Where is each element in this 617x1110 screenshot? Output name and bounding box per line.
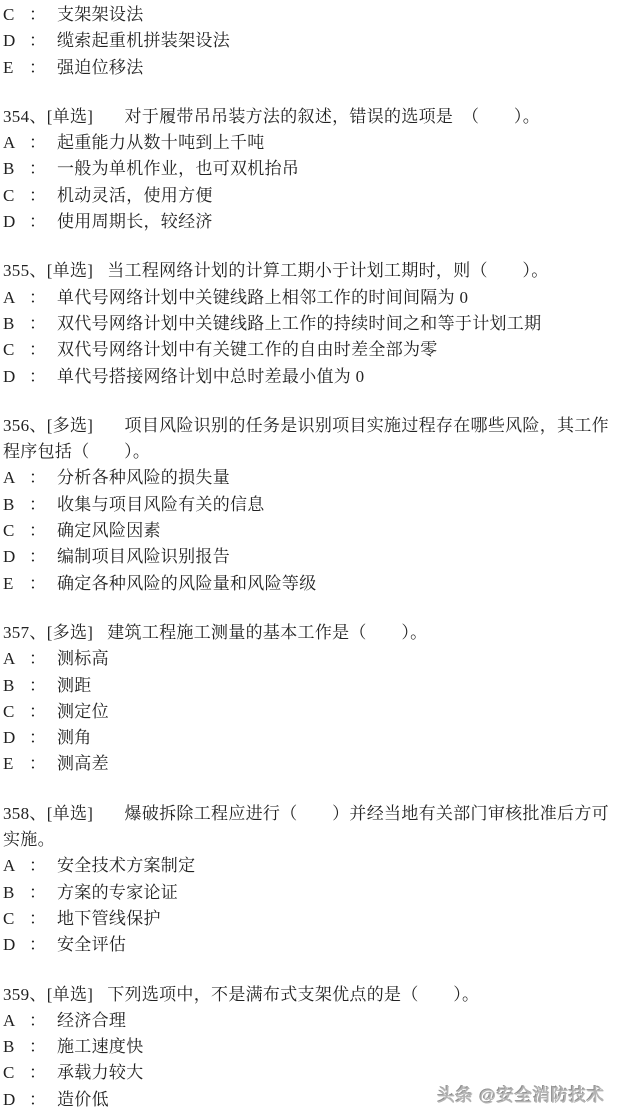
- option-row: A：安全技术方案制定: [3, 853, 615, 879]
- option-row: A：经济合理: [3, 1008, 615, 1034]
- option-row: B：测距: [3, 673, 615, 699]
- question-stem: 爆破拆除工程应进行（ ）并经当地有关部门审核批准后方可实施。: [3, 804, 609, 849]
- option-letter: A: [3, 130, 29, 156]
- option-text: 编制项目风险识别报告: [57, 547, 230, 566]
- option-row: A：单代号网络计划中关键线路上相邻工作的时间间隔为 0: [3, 285, 615, 311]
- option-letter: B: [3, 880, 29, 906]
- option-colon: ：: [29, 311, 57, 337]
- option-letter: D: [3, 544, 29, 570]
- question-header: 356、[多选] 项目风险识别的任务是识别项目实施过程存在哪些风险，其工作程序包…: [3, 413, 615, 466]
- option-letter: E: [3, 55, 29, 81]
- option-text: 安全评估: [57, 935, 126, 954]
- option-colon: ：: [29, 699, 57, 725]
- option-text: 单代号网络计划中关键线路上相邻工作的时间间隔为 0: [57, 288, 468, 307]
- option-letter: C: [3, 906, 29, 932]
- option-letter: C: [3, 2, 29, 28]
- option-colon: ：: [29, 673, 57, 699]
- option-row: B：施工速度快: [3, 1034, 615, 1060]
- option-colon: ：: [29, 1087, 57, 1110]
- option-colon: ：: [29, 880, 57, 906]
- option-letter: C: [3, 1060, 29, 1086]
- option-colon: ：: [29, 1060, 57, 1086]
- option-text: 双代号网络计划中有关键工作的自由时差全部为零: [57, 340, 438, 359]
- question-stem: 项目风险识别的任务是识别项目实施过程存在哪些风险，其工作程序包括（ ）。: [3, 416, 609, 461]
- option-row: D：编制项目风险识别报告: [3, 544, 615, 570]
- option-row: C：机动灵活，使用方便: [3, 183, 615, 209]
- option-colon: ：: [29, 751, 57, 777]
- question-header: 354、[单选] 对于履带吊吊装方法的叙述，错误的选项是 （ ）。: [3, 104, 615, 130]
- question-355: 355、[单选]当工程网络计划的计算工期小于计划工期时，则（ ）。 A：单代号网…: [3, 258, 615, 389]
- option-colon: ：: [29, 646, 57, 672]
- exam-question-page: C：支架架设法 D：缆索起重机拼装架设法 E：强迫位移法 354、[单选] 对于…: [0, 0, 617, 1110]
- option-colon: ：: [29, 55, 57, 81]
- option-letter: B: [3, 492, 29, 518]
- option-text: 方案的专家论证: [57, 883, 178, 902]
- option-colon: ：: [29, 853, 57, 879]
- question-354: 354、[单选] 对于履带吊吊装方法的叙述，错误的选项是 （ ）。 A：起重能力…: [3, 104, 615, 235]
- question-358: 358、[单选] 爆破拆除工程应进行（ ）并经当地有关部门审核批准后方可实施。 …: [3, 801, 615, 959]
- option-colon: ：: [29, 364, 57, 390]
- option-colon: ：: [29, 285, 57, 311]
- question-type-tag: [多选]: [47, 416, 94, 435]
- question-header: 359、[单选]下列选项中，不是满布式支架优点的是（ ）。: [3, 982, 615, 1008]
- option-colon: ：: [29, 130, 57, 156]
- option-text: 分析各种风险的损失量: [57, 468, 230, 487]
- option-row: A：起重能力从数十吨到上千吨: [3, 130, 615, 156]
- option-letter: C: [3, 699, 29, 725]
- option-text: 测定位: [57, 702, 109, 721]
- option-text: 起重能力从数十吨到上千吨: [57, 133, 265, 152]
- option-colon: ：: [29, 2, 57, 28]
- option-letter: A: [3, 646, 29, 672]
- option-colon: ：: [29, 1034, 57, 1060]
- option-text: 测角: [57, 728, 92, 747]
- option-letter: D: [3, 725, 29, 751]
- question-number: 354、: [3, 107, 47, 126]
- option-colon: ：: [29, 725, 57, 751]
- option-letter: C: [3, 183, 29, 209]
- option-row: B：方案的专家论证: [3, 880, 615, 906]
- option-colon: ：: [29, 156, 57, 182]
- option-text: 缆索起重机拼装架设法: [57, 31, 230, 50]
- question-number: 357、: [3, 623, 47, 642]
- option-colon: ：: [29, 906, 57, 932]
- option-text: 测距: [57, 676, 92, 695]
- option-row: C：测定位: [3, 699, 615, 725]
- option-text: 测标高: [57, 649, 109, 668]
- option-letter: D: [3, 1087, 29, 1110]
- option-text: 造价低: [57, 1090, 109, 1109]
- option-letter: B: [3, 673, 29, 699]
- option-row: D：缆索起重机拼装架设法: [3, 28, 615, 54]
- option-letter: B: [3, 1034, 29, 1060]
- option-row: C：地下管线保护: [3, 906, 615, 932]
- option-colon: ：: [29, 183, 57, 209]
- option-text: 确定各种风险的风险量和风险等级: [57, 574, 317, 593]
- option-letter: E: [3, 751, 29, 777]
- option-row: D：安全评估: [3, 932, 615, 958]
- option-colon: ：: [29, 544, 57, 570]
- option-text: 强迫位移法: [57, 58, 144, 77]
- option-letter: D: [3, 28, 29, 54]
- option-letter: A: [3, 1008, 29, 1034]
- question-header: 358、[单选] 爆破拆除工程应进行（ ）并经当地有关部门审核批准后方可实施。: [3, 801, 615, 854]
- option-letter: D: [3, 932, 29, 958]
- orphan-options-block: C：支架架设法 D：缆索起重机拼装架设法 E：强迫位移法: [3, 2, 615, 81]
- option-colon: ：: [29, 1008, 57, 1034]
- option-text: 单代号搭接网络计划中总时差最小值为 0: [57, 367, 364, 386]
- option-text: 一般为单机作业，也可双机抬吊: [57, 159, 299, 178]
- option-row: C：双代号网络计划中有关键工作的自由时差全部为零: [3, 337, 615, 363]
- option-letter: B: [3, 156, 29, 182]
- question-type-tag: [单选]: [47, 107, 94, 126]
- option-colon: ：: [29, 209, 57, 235]
- option-text: 安全技术方案制定: [57, 856, 195, 875]
- question-type-tag: [多选]: [47, 623, 94, 642]
- option-text: 双代号网络计划中关键线路上工作的持续时间之和等于计划工期: [57, 314, 541, 333]
- option-letter: C: [3, 337, 29, 363]
- question-header: 357、[多选]建筑工程施工测量的基本工作是（ ）。: [3, 620, 615, 646]
- option-text: 经济合理: [57, 1011, 126, 1030]
- question-stem: 建筑工程施工测量的基本工作是（ ）。: [107, 623, 427, 642]
- question-stem: 对于履带吊吊装方法的叙述，错误的选项是 （ ）。: [107, 107, 540, 126]
- option-row: E：确定各种风险的风险量和风险等级: [3, 571, 615, 597]
- option-row: B：双代号网络计划中关键线路上工作的持续时间之和等于计划工期: [3, 311, 615, 337]
- option-text: 测高差: [57, 754, 109, 773]
- option-text: 使用周期长，较经济: [57, 212, 213, 231]
- option-row: D：测角: [3, 725, 615, 751]
- toutiao-watermark: 头条 @安全消防技术: [438, 1081, 605, 1106]
- option-letter: A: [3, 465, 29, 491]
- option-text: 承载力较大: [57, 1063, 144, 1082]
- question-stem: 当工程网络计划的计算工期小于计划工期时，则（ ）。: [107, 261, 548, 280]
- question-356: 356、[多选] 项目风险识别的任务是识别项目实施过程存在哪些风险，其工作程序包…: [3, 413, 615, 597]
- option-colon: ：: [29, 571, 57, 597]
- option-letter: D: [3, 209, 29, 235]
- option-text: 地下管线保护: [57, 909, 161, 928]
- option-text: 支架架设法: [57, 5, 144, 24]
- option-text: 确定风险因素: [57, 521, 161, 540]
- option-colon: ：: [29, 932, 57, 958]
- option-row: E：强迫位移法: [3, 55, 615, 81]
- option-row: B：一般为单机作业，也可双机抬吊: [3, 156, 615, 182]
- option-text: 收集与项目风险有关的信息: [57, 495, 265, 514]
- option-text: 施工速度快: [57, 1037, 144, 1056]
- option-colon: ：: [29, 492, 57, 518]
- option-letter: E: [3, 571, 29, 597]
- option-row: D：单代号搭接网络计划中总时差最小值为 0: [3, 364, 615, 390]
- option-letter: B: [3, 311, 29, 337]
- option-colon: ：: [29, 337, 57, 363]
- question-number: 358、: [3, 804, 47, 823]
- option-row: C：支架架设法: [3, 2, 615, 28]
- option-text: 机动灵活，使用方便: [57, 186, 213, 205]
- option-letter: A: [3, 285, 29, 311]
- option-row: B：收集与项目风险有关的信息: [3, 492, 615, 518]
- option-letter: D: [3, 364, 29, 390]
- option-letter: C: [3, 518, 29, 544]
- option-letter: A: [3, 853, 29, 879]
- question-header: 355、[单选]当工程网络计划的计算工期小于计划工期时，则（ ）。: [3, 258, 615, 284]
- option-row: A：测标高: [3, 646, 615, 672]
- question-number: 356、: [3, 416, 47, 435]
- option-row: D：使用周期长，较经济: [3, 209, 615, 235]
- question-number: 355、: [3, 261, 47, 280]
- option-colon: ：: [29, 465, 57, 491]
- question-stem: 下列选项中，不是满布式支架优点的是（ ）。: [107, 985, 479, 1004]
- question-type-tag: [单选]: [47, 261, 94, 280]
- question-type-tag: [单选]: [47, 804, 94, 823]
- question-type-tag: [单选]: [47, 985, 94, 1004]
- question-number: 359、: [3, 985, 47, 1004]
- question-357: 357、[多选]建筑工程施工测量的基本工作是（ ）。 A：测标高 B：测距 C：…: [3, 620, 615, 778]
- option-colon: ：: [29, 518, 57, 544]
- option-row: E：测高差: [3, 751, 615, 777]
- option-colon: ：: [29, 28, 57, 54]
- option-row: A：分析各种风险的损失量: [3, 465, 615, 491]
- option-row: C：确定风险因素: [3, 518, 615, 544]
